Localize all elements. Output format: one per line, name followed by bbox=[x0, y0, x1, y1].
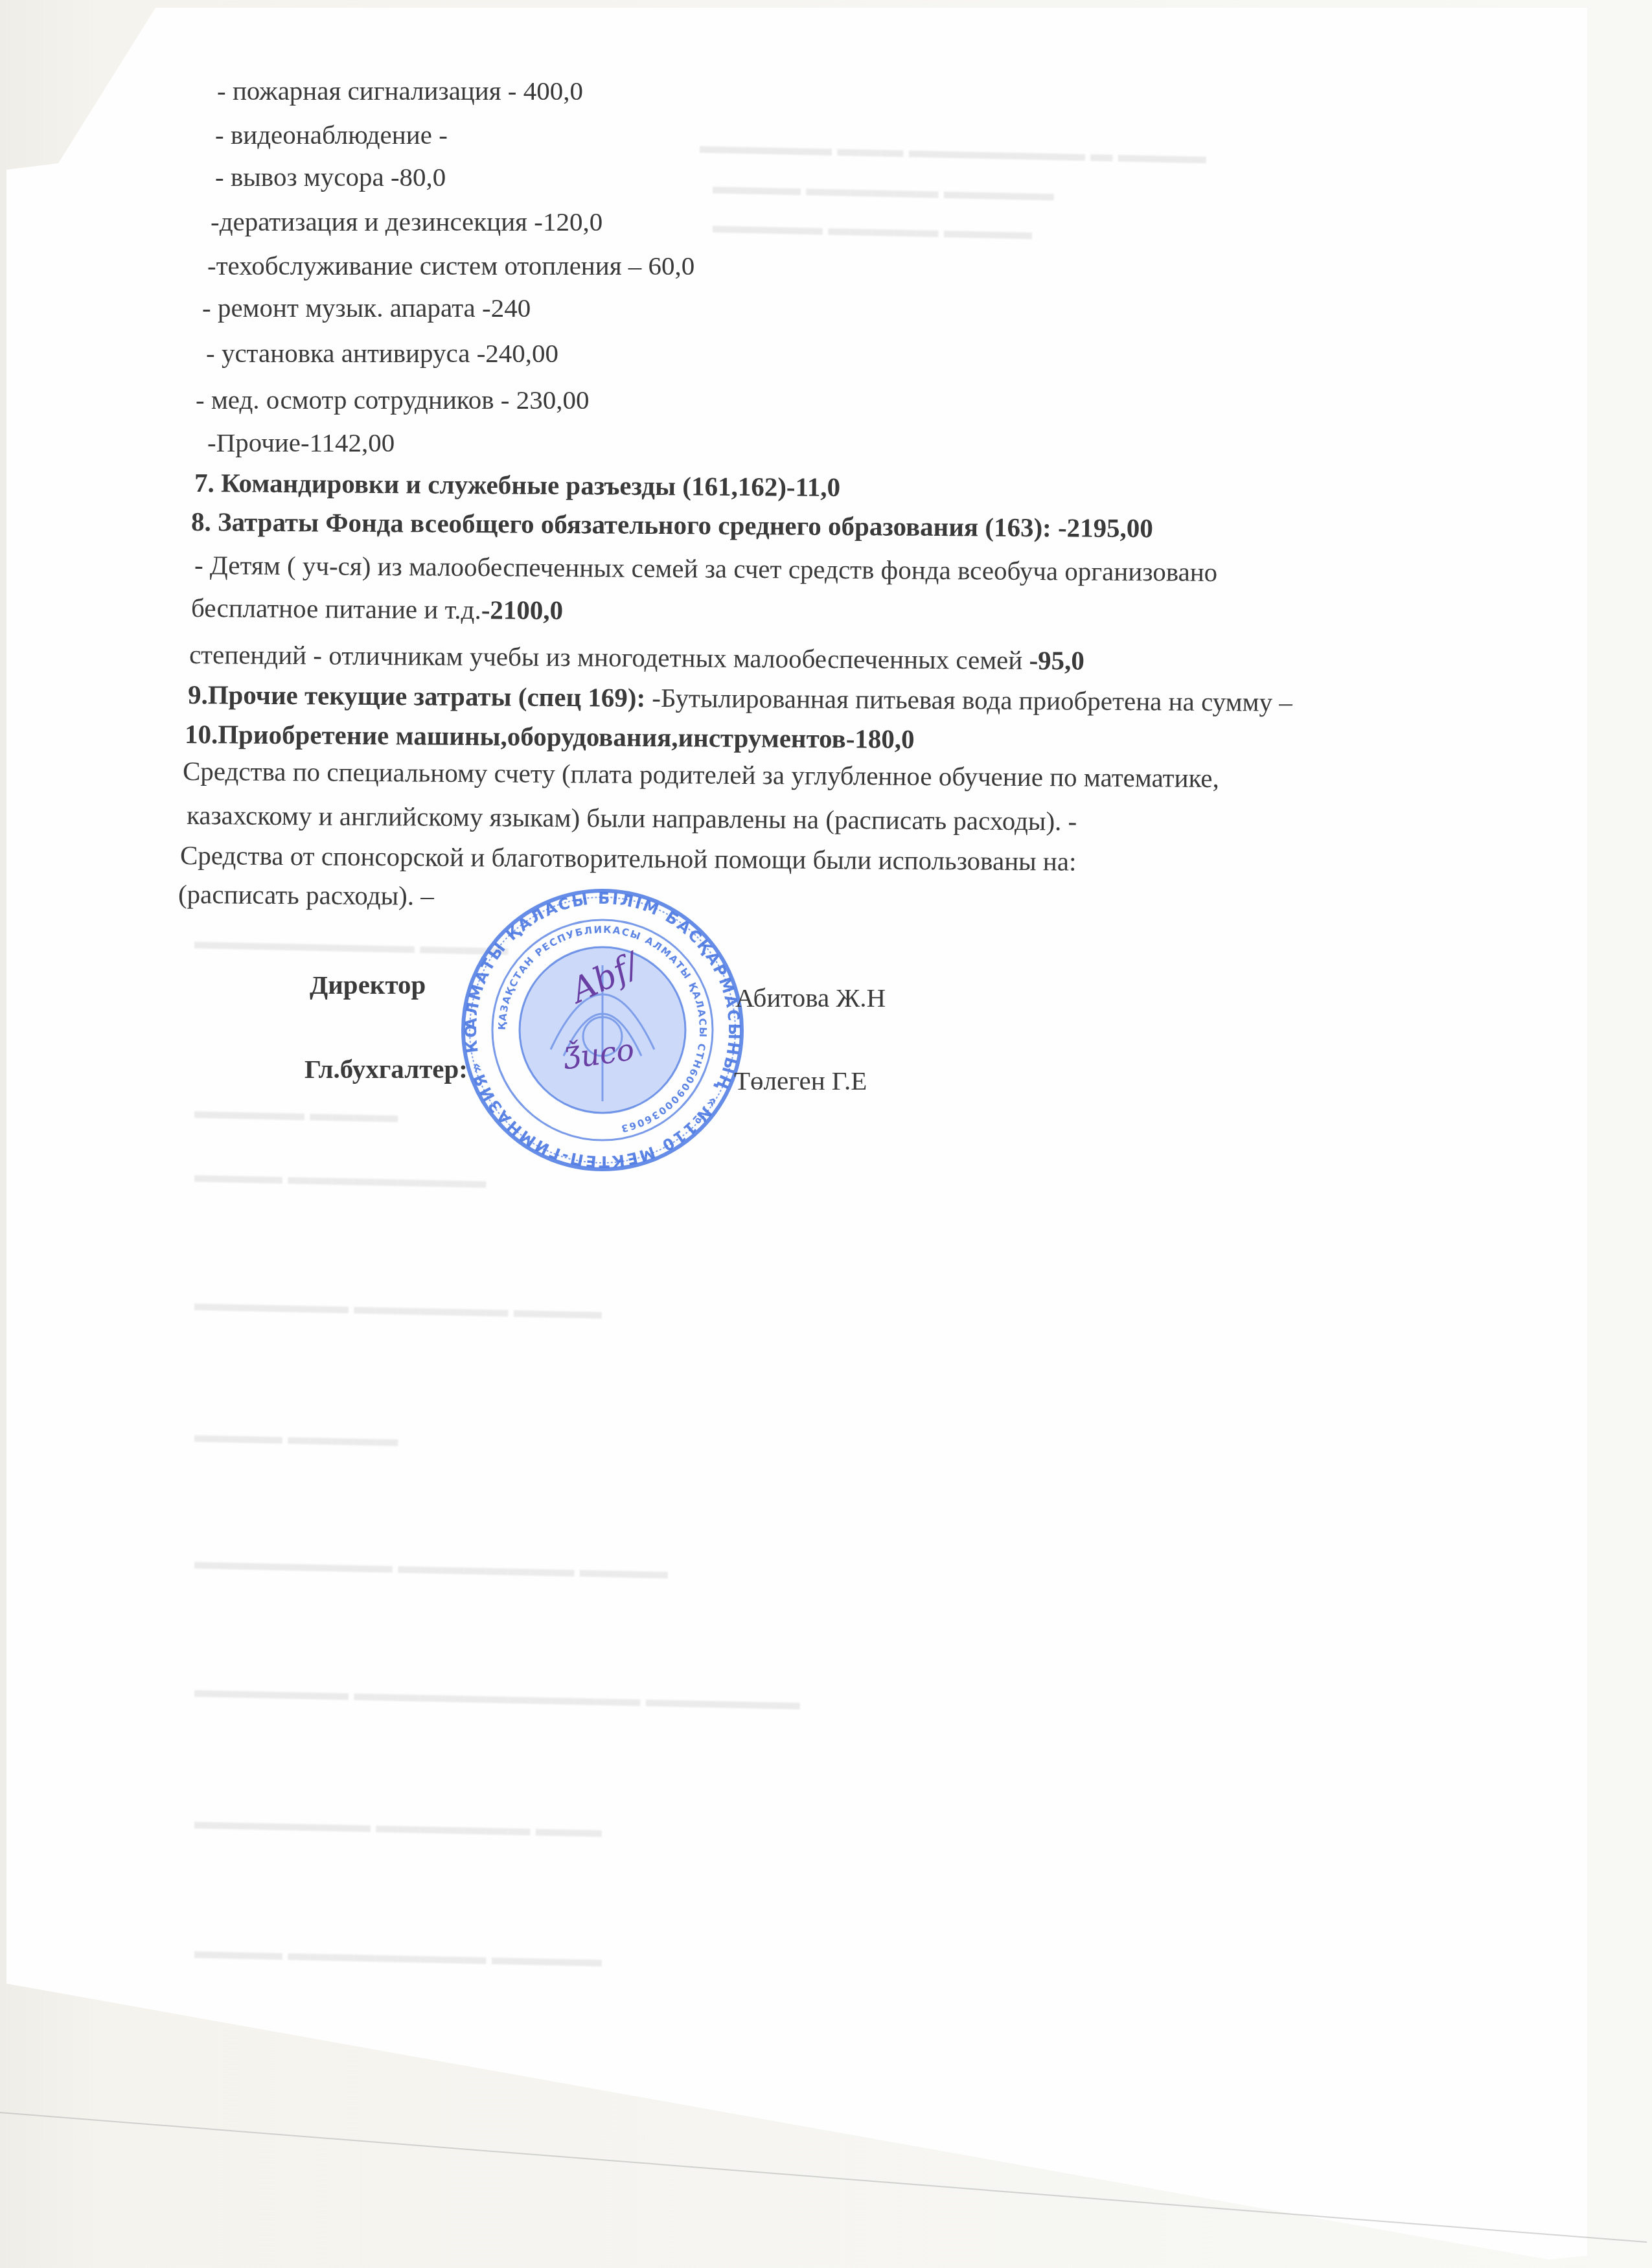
section-8-free-meals-continuation: бесплатное питание и т.д.-2100,0 bbox=[191, 595, 563, 624]
expense-item-heating-maintenance: -техобслуживание систем отопления – 60,0 bbox=[207, 253, 694, 279]
free-meals-amount: -2100,0 bbox=[481, 595, 564, 625]
chief-accountant-name: Төлеген Г.Е bbox=[734, 1068, 867, 1094]
section-8-scholarships: степендий - отличникам учебы из многодет… bbox=[189, 641, 1084, 674]
expense-item-antivirus: - установка антивируса -240,00 bbox=[206, 340, 558, 367]
scholarships-text: степендий - отличникам учебы из многодет… bbox=[189, 639, 1029, 675]
expense-item-music-equipment-repair: - ремонт музык. апарата -240 bbox=[202, 295, 531, 321]
section-8-universal-education-fund: 8. Затраты Фонда всеобщего обязательного… bbox=[191, 509, 1153, 542]
special-account-line-2: казахскому и английскому языкам) были на… bbox=[187, 802, 1077, 835]
sponsorship-expenses-line: (расписать расходы). – bbox=[178, 881, 434, 910]
expense-item-video-surveillance: - видеонаблюдение - bbox=[215, 122, 448, 148]
expense-item-garbage-removal: - вывоз мусора -80,0 bbox=[215, 164, 446, 190]
bleed-through-text: ▬▬▬▬ ▬▬▬▬▬ bbox=[194, 1423, 398, 1452]
chief-accountant-title: Гл.бухгалтер: bbox=[304, 1056, 468, 1082]
free-meals-text: бесплатное питание и т.д. bbox=[191, 593, 481, 624]
expense-item-fire-alarm: - пожарная сигнализация - 400,0 bbox=[217, 78, 583, 104]
expense-item-pest-control: -дератизация и дезинсекция -120,0 bbox=[211, 209, 602, 235]
section-9-water: -Бутылированная питьевая вода приобретен… bbox=[652, 683, 1292, 717]
section-8-free-meals-line: - Детям ( уч-ся) из малообеспеченных сем… bbox=[194, 552, 1217, 586]
director-name: Абитова Ж.Н bbox=[735, 985, 886, 1011]
director-title: Директор bbox=[310, 972, 426, 998]
section-9-title: 9.Прочие текущие затраты (спец 169): bbox=[188, 680, 652, 713]
bleed-through-text: ▬▬▬▬▬ ▬▬▬▬ bbox=[194, 1099, 398, 1128]
scholarships-amount: -95,0 bbox=[1029, 645, 1084, 676]
section-7-travel: 7. Командировки и служебные разъезды (16… bbox=[194, 470, 840, 501]
sponsorship-line: Средства от спонсорской и благотворитель… bbox=[180, 842, 1077, 875]
section-10-equipment-purchase: 10.Приобретение машины,оборудования,инст… bbox=[185, 721, 915, 753]
expense-item-medical-exam: - мед. осмотр сотрудников - 230,00 bbox=[196, 387, 589, 413]
special-account-line-1: Средства по специальному счету (плата ро… bbox=[183, 758, 1219, 792]
expense-item-other: -Прочие-1142,00 bbox=[207, 430, 395, 456]
official-round-stamp-icon: АЛМАТЫ ҚАЛАСЫ БІЛІМ БАСҚАРМАСЫНЫҢ «№110 … bbox=[453, 888, 751, 1173]
